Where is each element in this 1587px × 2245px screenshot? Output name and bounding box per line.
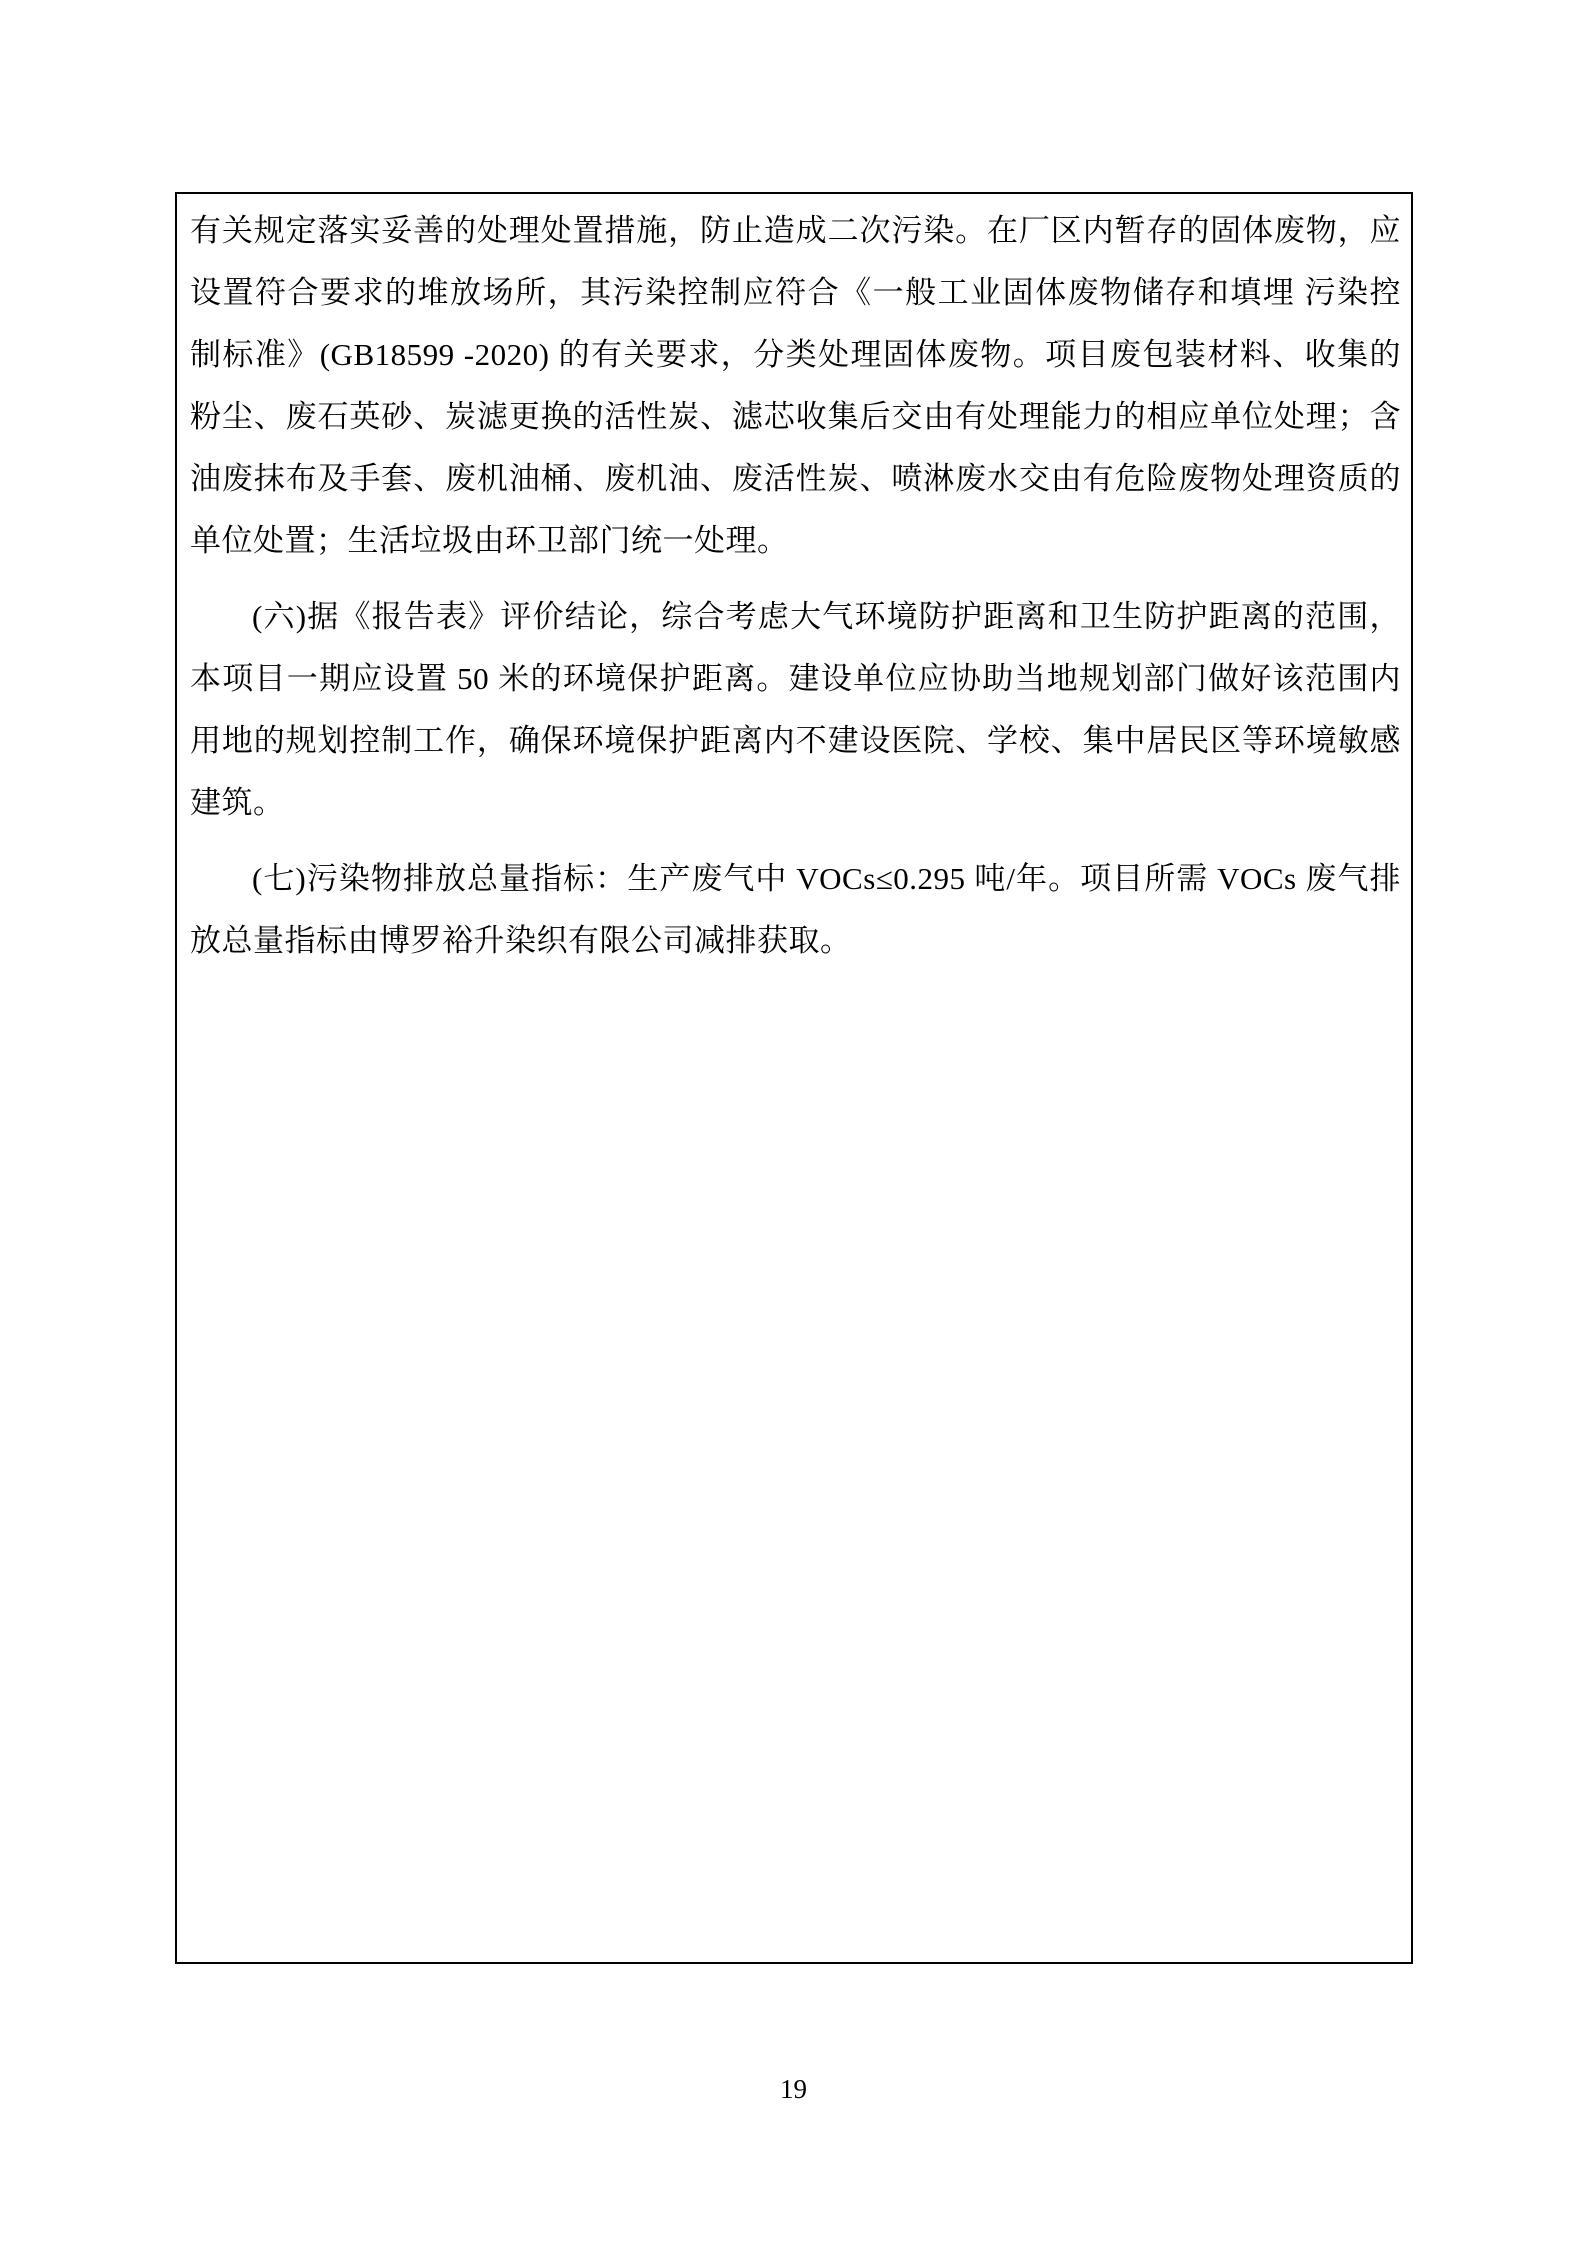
document-page: 有关规定落实妥善的处理处置措施，防止造成二次污染。在厂区内暂存的固体废物，应 设…	[0, 0, 1587, 2245]
text-line: 油废抹布及手套、废机油桶、废机油、废活性炭、喷淋废水交由有危险废物处理资质的	[190, 448, 1401, 510]
paragraph-environmental-protection-distance: (六)据《报告表》评价结论，综合考虑大气环境防护距离和卫生防护距离的范围， 本项…	[190, 586, 1401, 834]
text-line: 放总量指标由博罗裕升染织有限公司减排获取。	[190, 910, 1401, 972]
text-line: (六)据《报告表》评价结论，综合考虑大气环境防护距离和卫生防护距离的范围，	[190, 586, 1401, 648]
report-table-cell: 有关规定落实妥善的处理处置措施，防止造成二次污染。在厂区内暂存的固体废物，应 设…	[175, 192, 1413, 1964]
text-line: 本项目一期应设置 50 米的环境保护距离。建设单位应协助当地规划部门做好该范围内	[190, 648, 1401, 710]
text-line: 建筑。	[190, 772, 1401, 834]
text-line: 制标准》(GB18599 -2020) 的有关要求，分类处理固体废物。项目废包装…	[190, 324, 1401, 386]
text-line: 有关规定落实妥善的处理处置措施，防止造成二次污染。在厂区内暂存的固体废物，应	[190, 200, 1401, 262]
page-number: 19	[0, 2072, 1587, 2106]
text-line: 用地的规划控制工作，确保环境保护距离内不建设医院、学校、集中居民区等环境敏感	[190, 710, 1401, 772]
text-line: 单位处置；生活垃圾由环卫部门统一处理。	[190, 510, 1401, 572]
text-line: 粉尘、废石英砂、炭滤更换的活性炭、滤芯收集后交由有处理能力的相应单位处理；含	[190, 386, 1401, 448]
paragraph-total-emission-quota: (七)污染物排放总量指标：生产废气中 VOCs≤0.295 吨/年。项目所需 V…	[190, 848, 1401, 972]
paragraph-solid-waste-disposal: 有关规定落实妥善的处理处置措施，防止造成二次污染。在厂区内暂存的固体废物，应 设…	[190, 200, 1401, 572]
text-line: (七)污染物排放总量指标：生产废气中 VOCs≤0.295 吨/年。项目所需 V…	[190, 848, 1401, 910]
text-line: 设置符合要求的堆放场所，其污染控制应符合《一般工业固体废物储存和填埋 污染控	[190, 262, 1401, 324]
